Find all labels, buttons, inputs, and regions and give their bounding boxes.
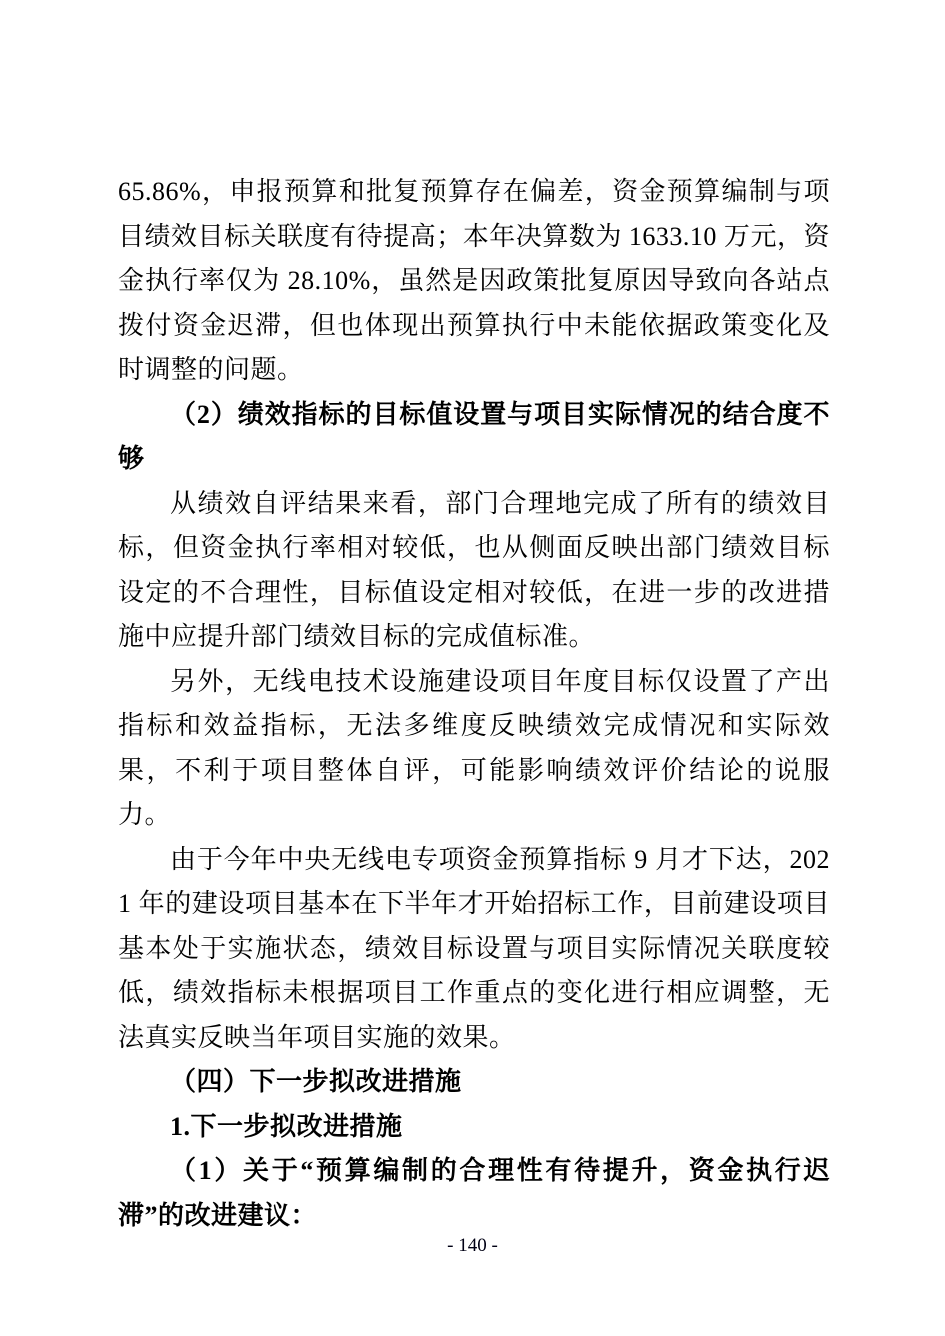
page-number: - 140 -: [0, 1233, 945, 1259]
section-heading-2: （2）绩效指标的目标值设置与项目实际情况的结合度不够: [118, 393, 830, 482]
document-page: 65.86%，申报预算和批复预算存在偏差，资金预算编制与项目绩效目标关联度有待提…: [0, 0, 945, 1336]
improvement-suggestion-heading: （1）关于“预算编制的合理性有待提升，资金执行迟滞”的改进建议：: [118, 1149, 830, 1238]
body-paragraph: 由于今年中央无线电专项资金预算指标 9 月才下达，2021 年的建设项目基本在下…: [118, 838, 830, 1061]
section-heading-4: （四）下一步拟改进措施: [118, 1060, 830, 1105]
page-body-text: 65.86%，申报预算和批复预算存在偏差，资金预算编制与项目绩效目标关联度有待提…: [118, 170, 830, 1238]
body-paragraph-continuation: 65.86%，申报预算和批复预算存在偏差，资金预算编制与项目绩效目标关联度有待提…: [118, 170, 830, 393]
subsection-heading-1: 1.下一步拟改进措施: [118, 1105, 830, 1150]
body-paragraph: 从绩效自评结果来看，部门合理地完成了所有的绩效目标，但资金执行率相对较低，也从侧…: [118, 482, 830, 660]
body-paragraph: 另外，无线电技术设施建设项目年度目标仅设置了产出指标和效益指标，无法多维度反映绩…: [118, 660, 830, 838]
